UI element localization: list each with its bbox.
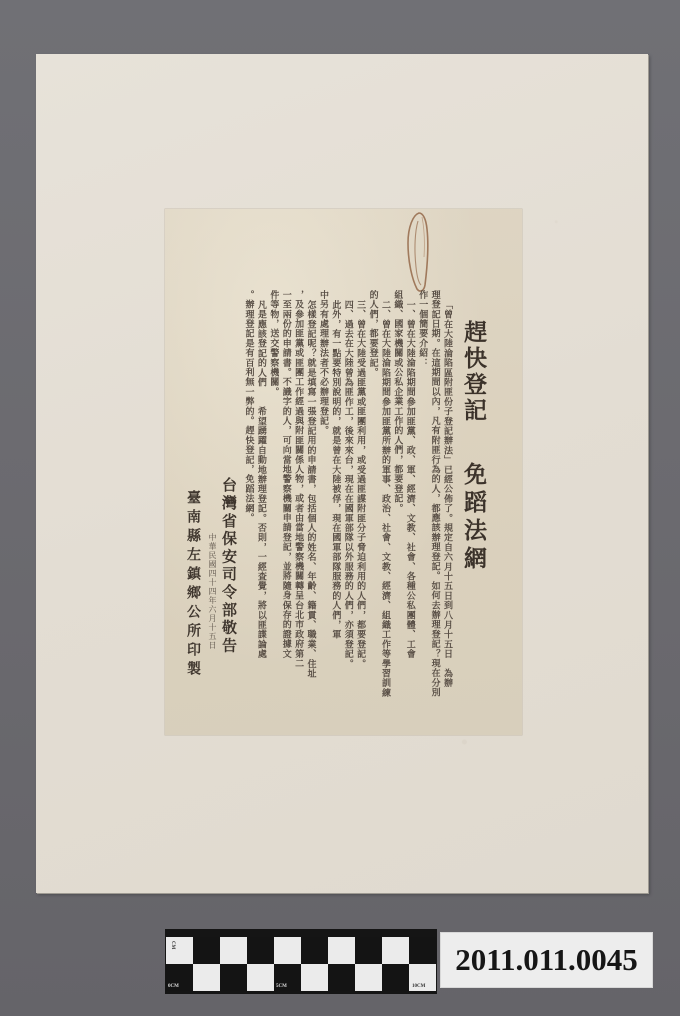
body-column: 凡是應該登記的人們 希望踴躍自動地辦理登記。否則，一經查覺，將以匪諜論處 <box>255 290 267 710</box>
body-column: ，及參加匪黨或匪團工作經過與附匪關係人物，或者由當地警察機關轉呈台北市政府第二 <box>292 290 304 710</box>
checkerboard-scale <box>166 937 436 991</box>
paperclip-rust-stain-icon <box>398 207 438 299</box>
body-column-item-3: 三、曾在大陸受過匪黨或匪團利用，或受過匪諜附匪分子脅迫利用的人們，都要登記。 <box>354 290 366 710</box>
body-column: 此外，有一點要特別說明的，就是曾在大陸被俘，現在國軍部隊服務的人們，軍 <box>329 290 341 710</box>
body-column: 的人們，都要登記。 <box>366 290 378 710</box>
scale-tick-5cm: 5CM <box>276 984 287 990</box>
body-column: 作一個簡要介紹： <box>416 290 428 710</box>
body-column-item-1: 一、曾在大陸淪陷期間參加匪黨、政、軍、經濟、文教、社會、各種公私團體、工會 <box>403 290 415 710</box>
body-column: 理登記日期。在這期間以內，凡有附匪行為的人，都應該辦理登記。如何去辦理登記？現在… <box>428 290 440 710</box>
body-column-item-2: 二、曾在大陸淪陷期間參加匪黨所辦的軍事、政治、社會、文教、經濟、組織工作等學習訓… <box>379 290 391 710</box>
scale-bar: CM 0CM 5CM 10CM <box>165 929 437 994</box>
scale-tick-10cm: 10CM <box>412 984 425 990</box>
headline-register-quickly: 趕快登記 <box>460 320 486 424</box>
issuer-signature: 台灣省保安司令部敬告 <box>220 477 238 655</box>
body-column: 怎樣登記呢？就是填寫一張登記用的申請書，包括個人的姓名、年齡、籍貫、職業、住址 <box>304 290 316 710</box>
scale-unit-label: CM <box>169 941 175 949</box>
body-column: 件等物，送交警察機關。 <box>267 290 279 710</box>
body-column: 組織、國家機關或公私企業工作的人們，都要登記。 <box>391 290 403 710</box>
body-column: 中另有處理辦法者不必辦理登記。 <box>317 290 329 710</box>
body-column: 一至兩份的申請書。不識字的人，可向當地警察機關申請登記，並將隨身保存的證據文 <box>279 290 291 710</box>
body-column: 。辦理登記是有百利無一弊的。趕快登記，免蹈法網。 <box>242 290 254 710</box>
scale-tick-0cm: 0CM <box>168 984 179 990</box>
printer-credit: 臺南縣左鎮鄉公所印製 <box>184 490 202 680</box>
notice-body: 「曾在大陸淪陷區附匪份子登記辦法」已經公佈了。規定自六月十五日到八月十五日 為辦… <box>242 290 453 710</box>
accession-number-label: 2011.011.0045 <box>441 933 652 987</box>
body-column-item-4: 四、過去在大陸曾為匪作工，後來來台，現在在國軍部隊以外服務的人們，亦須登記。 <box>341 290 353 710</box>
issue-date: 中華民國四十四年六月十五日 <box>207 533 217 650</box>
body-column: 「曾在大陸淪陷區附匪份子登記辦法」已經公佈了。規定自六月十五日到八月十五日 為辦 <box>441 290 453 710</box>
headline-avoid-the-law: 免蹈法網 <box>460 462 486 574</box>
